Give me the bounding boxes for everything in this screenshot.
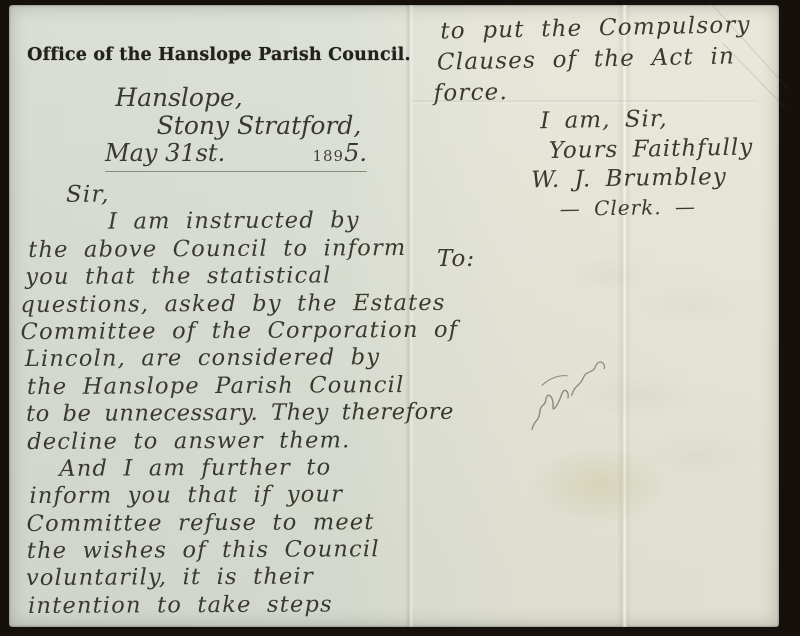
letter-body-left-page: Sir,I am instructed bythe above Council … — [20, 180, 422, 620]
handwritten-line: inform you that if your — [21, 481, 421, 510]
handwritten-line: And I am further to — [21, 454, 421, 483]
letter-body-right-page: to put the CompulsoryClauses of the Act … — [428, 11, 790, 112]
handwritten-line: Committee refuse to meet — [22, 509, 422, 538]
handwritten-line: intention to take steps — [22, 591, 422, 620]
pencil-note-scribble — [509, 349, 639, 445]
handwritten-line: the wishes of this Council — [22, 536, 422, 565]
letter-paper: Office of the Hanslope Parish Council. H… — [9, 5, 779, 627]
letter-scan-photo: { "scan": { "background_color": "#16100d… — [0, 0, 800, 636]
date-handwritten-year-digit: 5. — [344, 139, 367, 167]
handwritten-line: Committee of the Corporation of — [21, 317, 421, 346]
handwritten-line: Lincoln, are considered by — [21, 344, 421, 373]
date-handwritten: May 31st. — [105, 139, 225, 167]
date-printed-year-prefix: 189 — [312, 147, 344, 165]
handwritten-line: I am instructed by — [20, 207, 420, 236]
handwritten-line: questions, asked by the Estates — [20, 290, 420, 319]
handwritten-line: — Clerk. — — [430, 192, 790, 228]
handwritten-line: you that the statistical — [20, 262, 420, 291]
handwritten-line: the Hanslope Parish Council — [21, 372, 421, 401]
handwritten-line: decline to answer them. — [21, 426, 421, 455]
letterhead-place-stony-stratford: Stony Stratford, — [129, 111, 389, 140]
addressee-label: To: — [437, 246, 475, 272]
handwritten-line: the above Council to inform — [20, 235, 420, 264]
handwritten-line: to be unnecessary. They therefore — [21, 399, 421, 428]
letter-closing-signature: I am, Sir,Yours FaithfullyW. J. Brumbley… — [428, 104, 790, 228]
handwritten-line: Sir, — [20, 180, 420, 209]
handwritten-line: voluntarily, it is their — [22, 563, 422, 592]
letterhead-place-hanslope: Hanslope, — [69, 83, 289, 112]
letterhead-office-line: Office of the Hanslope Parish Council. — [23, 45, 415, 65]
date-line: May 31st. 189 5. — [105, 139, 367, 172]
